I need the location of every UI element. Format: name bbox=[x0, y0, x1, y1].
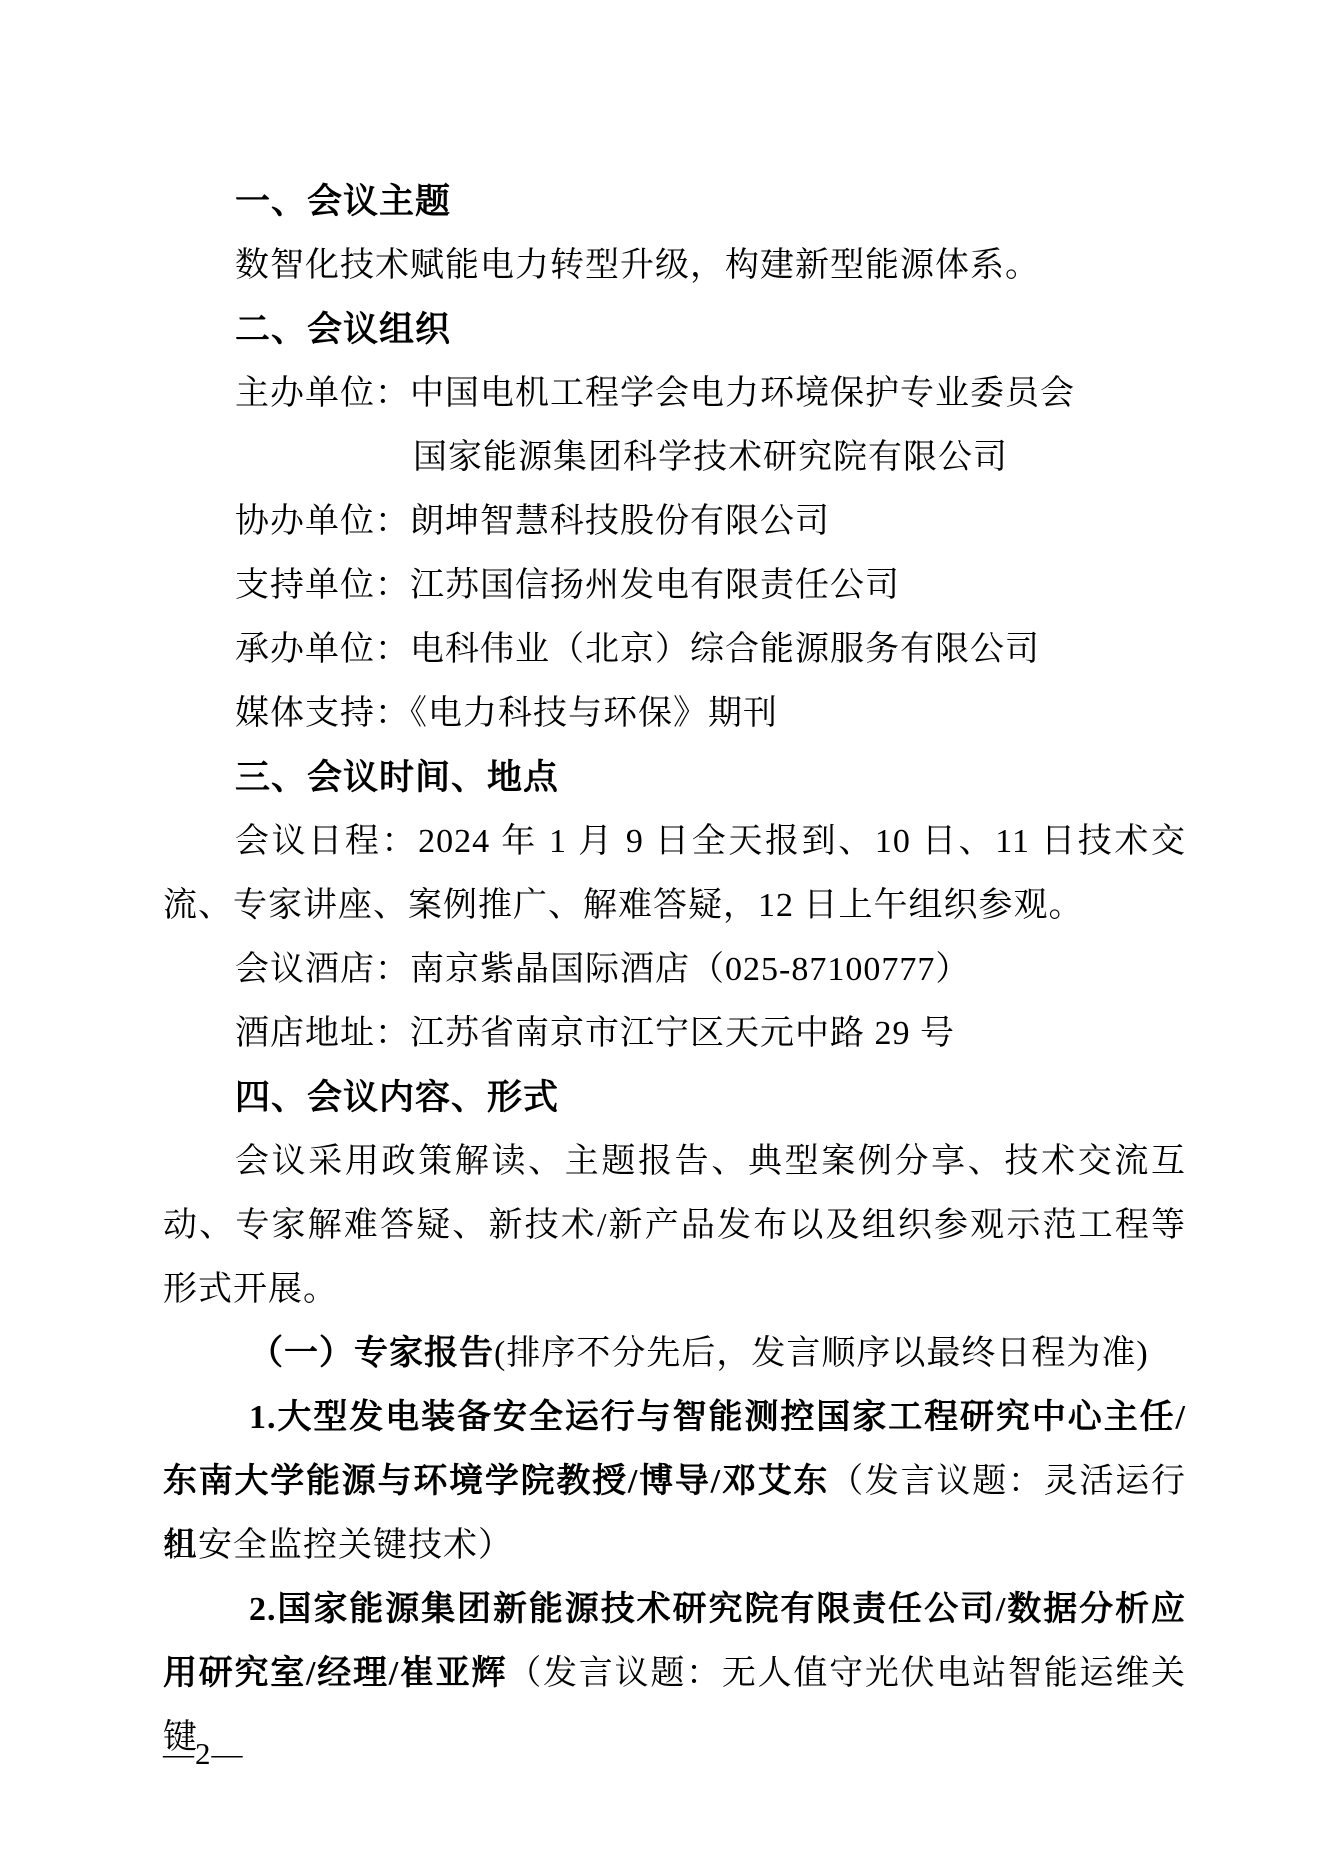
organizer-value: 朗坤智慧科技股份有限公司 bbox=[410, 503, 830, 540]
expert-item-1-line-3: 组安全监控关键技术） bbox=[163, 1514, 1186, 1578]
organizer-value: 中国电机工程学会电力环境保护专业委员会 bbox=[410, 375, 1075, 412]
page-number: —2— bbox=[163, 1736, 244, 1772]
organizer-row-undertaker: 承办单位：电科伟业（北京）综合能源服务有限公司 bbox=[163, 618, 1186, 682]
expert-item-1-line-1: 1.大型发电装备安全运行与智能测控国家工程研究中心主任/ bbox=[163, 1386, 1186, 1450]
expert-report-title: （一）专家报告 bbox=[249, 1335, 494, 1372]
expert-item-1-speaker: 1.大型发电装备安全运行与智能测控国家工程研究中心主任/ bbox=[249, 1399, 1186, 1436]
expert-item-2-line-2: 用研究室/经理/崔亚辉（发言议题：无人值守光伏电站智能运维关键 bbox=[163, 1642, 1186, 1706]
schedule-line-1: 会议日程：2024 年 1 月 9 日全天报到、10 日、11 日技术交 bbox=[163, 810, 1186, 874]
section-3-heading: 三、会议时间、地点 bbox=[163, 746, 1186, 810]
expert-report-title-line: （一）专家报告(排序不分先后，发言顺序以最终日程为准) bbox=[163, 1322, 1186, 1386]
organizer-row-host-cont: 国家能源集团科学技术研究院有限公司 bbox=[163, 426, 1186, 490]
expert-item-2-speaker-cont: 用研究室/经理/崔亚辉 bbox=[163, 1655, 507, 1692]
address-line: 酒店地址：江苏省南京市江宁区天元中路 29 号 bbox=[163, 1002, 1186, 1066]
section-4-heading: 四、会议内容、形式 bbox=[163, 1066, 1186, 1130]
organizer-label: 协办单位： bbox=[235, 503, 410, 540]
expert-item-2-speaker: 2.国家能源集团新能源技术研究院有限责任公司/数据分析应 bbox=[249, 1591, 1186, 1628]
organizer-label: 媒体支持： bbox=[235, 695, 410, 732]
format-intro-line-1: 会议采用政策解读、主题报告、典型案例分享、技术交流互 bbox=[163, 1130, 1186, 1194]
expert-item-1-topic-cont: 组安全监控关键技术） bbox=[163, 1527, 513, 1564]
document-body: 一、会议主题 数智化技术赋能电力转型升级，构建新型能源体系。 二、会议组织 主办… bbox=[163, 170, 1186, 1706]
expert-report-title-note: (排序不分先后，发言顺序以最终日程为准) bbox=[494, 1335, 1149, 1372]
organizer-value: 《电力科技与环保》期刊 bbox=[410, 695, 778, 732]
organizer-label: 支持单位： bbox=[235, 567, 410, 604]
organizer-row-media: 媒体支持：《电力科技与环保》期刊 bbox=[163, 682, 1186, 746]
section-1-heading: 一、会议主题 bbox=[163, 170, 1186, 234]
organizer-row-coorganizer: 协办单位：朗坤智慧科技股份有限公司 bbox=[163, 490, 1186, 554]
section-2-heading: 二、会议组织 bbox=[163, 298, 1186, 362]
document-page: 一、会议主题 数智化技术赋能电力转型升级，构建新型能源体系。 二、会议组织 主办… bbox=[0, 0, 1323, 1871]
organizer-label: 主办单位： bbox=[235, 375, 410, 412]
format-intro-line-2: 动、专家解难答疑、新技术/新产品发布以及组织参观示范工程等 bbox=[163, 1194, 1186, 1258]
format-intro-line-3: 形式开展。 bbox=[163, 1258, 1186, 1322]
organizer-value: 电科伟业（北京）综合能源服务有限公司 bbox=[410, 631, 1040, 668]
organizer-value: 江苏国信扬州发电有限责任公司 bbox=[410, 567, 900, 604]
organizer-value: 国家能源集团科学技术研究院有限公司 bbox=[413, 439, 1008, 476]
expert-item-1-speaker-cont: 东南大学能源与环境学院教授/博导/邓艾东 bbox=[163, 1463, 829, 1500]
organizer-label: 承办单位： bbox=[235, 631, 410, 668]
meeting-theme-text: 数智化技术赋能电力转型升级，构建新型能源体系。 bbox=[163, 234, 1186, 298]
organizer-row-host: 主办单位：中国电机工程学会电力环境保护专业委员会 bbox=[163, 362, 1186, 426]
expert-item-1-line-2: 东南大学能源与环境学院教授/博导/邓艾东（发言议题：灵活运行机 bbox=[163, 1450, 1186, 1514]
expert-item-2-line-1: 2.国家能源集团新能源技术研究院有限责任公司/数据分析应 bbox=[163, 1578, 1186, 1642]
organizer-row-supporter: 支持单位：江苏国信扬州发电有限责任公司 bbox=[163, 554, 1186, 618]
hotel-line: 会议酒店：南京紫晶国际酒店（025-87100777） bbox=[163, 938, 1186, 1002]
schedule-line-2: 流、专家讲座、案例推广、解难答疑，12 日上午组织参观。 bbox=[163, 874, 1186, 938]
